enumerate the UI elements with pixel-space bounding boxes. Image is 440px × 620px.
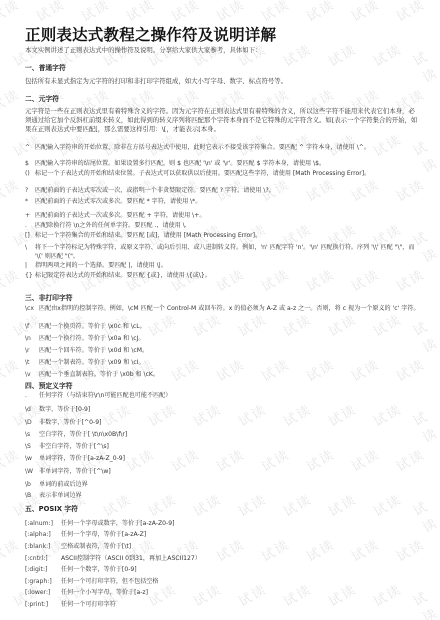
list-item: [:alnum:]任何一个字母或数字，等价于[a-zA-Z0-9]: [25, 520, 420, 529]
list-item-text: 任何字符（与结束符\r\n可能匹配也可能不匹配）: [39, 392, 420, 401]
list-item-text: 标记一个字符集合的开始和结束。要匹配 [或]，请使用 [Math Process…: [35, 232, 420, 241]
watermark-text: 试读: [392, 0, 427, 25]
list-item: \t匹配一个制表符。等价于 \x09 和 \cI。: [25, 359, 420, 368]
list-item-symbol: \D: [25, 419, 39, 428]
watermark-text: 试读: [0, 444, 23, 475]
list-item: \s空白字符，等价于[ \t\n\x0B\f\r]: [25, 431, 420, 440]
list-item-text: 标记一个子表达式的开始和结束位置。子表达式可以获取供以后使用。要匹配这些字符，请…: [35, 170, 420, 179]
list-item-text: 单词的前或后边界: [39, 481, 420, 490]
list-item-symbol: [:lower:]: [25, 589, 61, 598]
section-heading-5: 五、POSIX 字符: [25, 503, 78, 513]
watermark-text: 试读: [0, 0, 23, 25]
list-item-text: 匹配由x指明的控制字符。例如，\cM 匹配一个 Control-M 或回车符。x…: [39, 305, 420, 314]
list-item-text: 数字，等价于[0-9]: [39, 406, 420, 415]
list-item-symbol: [:graph:]: [25, 578, 61, 587]
list-item-text: 匹配一个垂直制表符。等价于 \x0b 和 \cK。: [39, 371, 420, 380]
list-item-text: 任何一个可打印字符: [61, 601, 420, 610]
list-item-text: 将下一个字符标记为特殊字符、或原义字符、或向后引用、或八进制转义符。例如，'n'…: [35, 244, 420, 261]
list-item-text: ASCII控制字符（ASCII 0到31，再加上ASCII127）: [61, 555, 420, 564]
list-item-text: 标记限定符表达式的开始和结束。要匹配 {或}，请使用 \{或\}。: [35, 272, 420, 281]
list-item-text: 匹配前面的子表达式零次或多次。要匹配 * 字符，请使用 \*。: [35, 198, 420, 207]
list-item-symbol: $: [25, 160, 35, 169]
list-item-symbol: {}: [25, 272, 35, 281]
list-item-symbol: \b: [25, 481, 39, 490]
list-item-symbol: (): [25, 170, 35, 179]
list-item-symbol: \cx: [25, 305, 39, 314]
list-item-text: 表示非单词边界: [39, 492, 420, 501]
list-item-text: 匹配一个回车符。等价于 \x0d 和 \cM。: [39, 347, 420, 356]
list-item-text: 匹配一个换行符。等价于 \x0a 和 \cJ。: [39, 335, 420, 344]
list-item-text: 任何一个小写字母，等价于[a-z]: [61, 589, 420, 598]
list-item-symbol: \W: [25, 468, 39, 477]
list-item: *匹配前面的子表达式零次或多次。要匹配 * 字符，请使用 \*。: [25, 198, 420, 207]
list-item: |指明两项之间的一个选择。要匹配 |，请使用 \|。: [25, 262, 420, 271]
list-item: [:blank:]空格或制表符，等价于[\t]: [25, 543, 420, 552]
list-item: []标记一个字符集合的开始和结束。要匹配 [或]，请使用 [Math Proce…: [25, 232, 420, 241]
list-item-symbol: \S: [25, 443, 39, 452]
list-item: \B表示非单词边界: [25, 492, 420, 501]
list-item-text: 任何一个数字，等价于[0-9]: [61, 566, 420, 575]
section-body-1: 包括所有未显式指定为元字符的打印和非打印字符组成，如大小写字母、数字、标点符号等…: [25, 77, 420, 86]
list-item-symbol: \f: [25, 323, 39, 332]
list-item: [:graph:]任何一个可打印字符，但不包括空格: [25, 578, 420, 587]
list-item: \w单词字符，等价于[a-zA-Z_0-9]: [25, 455, 420, 464]
list-item-text: 非单词字符，等价于[^\w]: [39, 468, 420, 477]
list-item: ()标记一个子表达式的开始和结束位置。子表达式可以获取供以后使用。要匹配这些字符…: [25, 170, 420, 179]
list-item: \S非空白字符，等价于[^\s]: [25, 443, 420, 452]
list-item: {}标记限定符表达式的开始和结束。要匹配 {或}，请使用 \{或\}。: [25, 272, 420, 281]
list-item: [:digit:]任何一个数字，等价于[0-9]: [25, 566, 420, 575]
section-heading-4: 四、预定义字符: [25, 380, 73, 390]
list-item: \W非单词字符，等价于[^\w]: [25, 468, 420, 477]
section-heading-2: 二、元字符: [25, 93, 59, 103]
list-item-text: 空格或制表符，等价于[\t]: [61, 543, 420, 552]
watermark-text: 试读: [257, 0, 292, 25]
watermark-text: 试读: [77, 0, 112, 25]
list-item-text: 匹配一个制表符。等价于 \x09 和 \cI。: [39, 359, 420, 368]
list-item-symbol: .: [25, 392, 39, 401]
list-item: \r匹配一个回车符。等价于 \x0d 和 \cM。: [25, 347, 420, 356]
list-item-symbol: []: [25, 232, 35, 241]
watermark-text: 试读: [122, 0, 157, 25]
watermark-text: 试读: [0, 534, 23, 565]
list-item-symbol: [:blank:]: [25, 543, 61, 552]
list-item-symbol: \B: [25, 492, 39, 501]
list-item: .匹配除换行符 \n之外的任何单字符。要匹配 .，请使用 \.: [25, 222, 420, 231]
list-item-text: 任何一个字母或数字，等价于[a-zA-Z0-9]: [61, 520, 420, 529]
list-item: \cx匹配由x指明的控制字符。例如，\cM 匹配一个 Control-M 或回车…: [25, 305, 420, 314]
list-item: +匹配前面的子表达式一次或多次。要匹配 + 字符，请使用 \+。: [25, 212, 420, 221]
list-item-text: 指明两项之间的一个选择。要匹配 |，请使用 \|。: [35, 262, 420, 271]
list-item-symbol: \s: [25, 431, 39, 440]
list-item: \D非数字，等价于[^0-9]: [25, 419, 420, 428]
watermark-text: 试读: [167, 0, 202, 25]
list-item: $匹配输入字符串的结尾位置。如果设置多行匹配，则 $ 也匹配 '\n' 或 '\…: [25, 160, 420, 169]
list-item-symbol: [:digit:]: [25, 566, 61, 575]
watermark-text: 试读: [302, 0, 337, 25]
list-item: \n匹配一个换行符。等价于 \x0a 和 \cJ。: [25, 335, 420, 344]
list-item: [:alpha:]任何一个字母，等价于[a-zA-Z]: [25, 531, 420, 540]
watermark-text: 试读: [0, 84, 23, 115]
list-item-text: 非空白字符，等价于[^\s]: [39, 443, 420, 452]
list-item-symbol: \t: [25, 359, 39, 368]
list-item: \f匹配一个换页符。等价于 \x0c 和 \cL。: [25, 323, 420, 332]
section-body-2: 元字符是一些在正则表达式里有着特殊含义的字符。因为元字符在正则表达式里有着特殊的…: [25, 107, 420, 134]
list-item-text: 任何一个字母，等价于[a-zA-Z]: [61, 531, 420, 540]
section-heading-1: 一、普通字符: [25, 62, 66, 72]
list-item-symbol: \w: [25, 455, 39, 464]
watermark-text: 试读: [0, 174, 23, 205]
list-item-text: 匹配前面的子表达式零次或一次，或指明一个非贪婪限定符。要匹配 ? 字符，请使用 …: [35, 187, 420, 196]
list-item-symbol: +: [25, 212, 35, 221]
list-item: \b单词的前或后边界: [25, 481, 420, 490]
list-item: [:cntrl:]ASCII控制字符（ASCII 0到31，再加上ASCII12…: [25, 555, 420, 564]
list-item-symbol: \r: [25, 347, 39, 356]
list-item: [:print:]任何一个可打印字符: [25, 601, 420, 610]
watermark-text: 试读: [0, 354, 23, 385]
list-item-symbol: [:alpha:]: [25, 531, 61, 540]
list-item: ^匹配输入字符串的开始位置，除非在方括号表达式中使用，此时它表示不接受该字符集合…: [25, 144, 420, 153]
list-item: \v匹配一个垂直制表符。等价于 \x0b 和 \cK。: [25, 371, 420, 380]
list-item-symbol: \: [25, 244, 35, 261]
list-item-text: 匹配前面的子表达式一次或多次。要匹配 + 字符，请使用 \+。: [35, 212, 420, 221]
list-item-symbol: \n: [25, 335, 39, 344]
section-heading-3: 三、非打印字符: [25, 292, 73, 302]
list-item-text: 匹配除换行符 \n之外的任何单字符。要匹配 .，请使用 \.: [35, 222, 420, 231]
list-item-text: 空白字符，等价于[ \t\n\x0B\f\r]: [39, 431, 420, 440]
list-item-symbol: |: [25, 262, 35, 271]
watermark-text: 试读: [347, 0, 382, 25]
watermark-text: 试读: [212, 0, 247, 25]
list-item-text: 非数字，等价于[^0-9]: [39, 419, 420, 428]
list-item-symbol: [:print:]: [25, 601, 61, 610]
list-item: \将下一个字符标记为特殊字符、或原义字符、或向后引用、或八进制转义符。例如，'n…: [25, 244, 420, 261]
list-item-symbol: [:alnum:]: [25, 520, 61, 529]
list-item: \d数字，等价于[0-9]: [25, 406, 420, 415]
watermark-text: 试读: [0, 264, 23, 295]
list-item-text: 单词字符，等价于[a-zA-Z_0-9]: [39, 455, 420, 464]
list-item-symbol: *: [25, 198, 35, 207]
list-item: ?匹配前面的子表达式零次或一次，或指明一个非贪婪限定符。要匹配 ? 字符，请使用…: [25, 187, 420, 196]
list-item-text: 匹配输入字符串的开始位置，除非在方括号表达式中使用，此时它表示不接受该字符集合。…: [35, 144, 420, 153]
list-item-symbol: [:cntrl:]: [25, 555, 61, 564]
list-item: [:lower:]任何一个小写字母，等价于[a-z]: [25, 589, 420, 598]
list-item: .任何字符（与结束符\r\n可能匹配也可能不匹配）: [25, 392, 420, 401]
watermark-text: 试读: [32, 0, 67, 25]
list-item-text: 任何一个可打印字符，但不包括空格: [61, 578, 420, 587]
list-item-symbol: .: [25, 222, 35, 231]
intro-paragraph: 本文实例讲述了正则表达式中的操作符及说明。分享给大家供大家参考，具体如下：: [25, 46, 420, 55]
list-item-symbol: ?: [25, 187, 35, 196]
list-item-symbol: ^: [25, 144, 35, 153]
list-item-text: 匹配一个换页符。等价于 \x0c 和 \cL。: [39, 323, 420, 332]
list-item-symbol: \d: [25, 406, 39, 415]
list-item-text: 匹配输入字符串的结尾位置。如果设置多行匹配，则 $ 也匹配 '\n' 或 '\r…: [35, 160, 420, 169]
list-item-symbol: \v: [25, 371, 39, 380]
page-title: 正则表达式教程之操作符及说明详解: [25, 23, 276, 45]
